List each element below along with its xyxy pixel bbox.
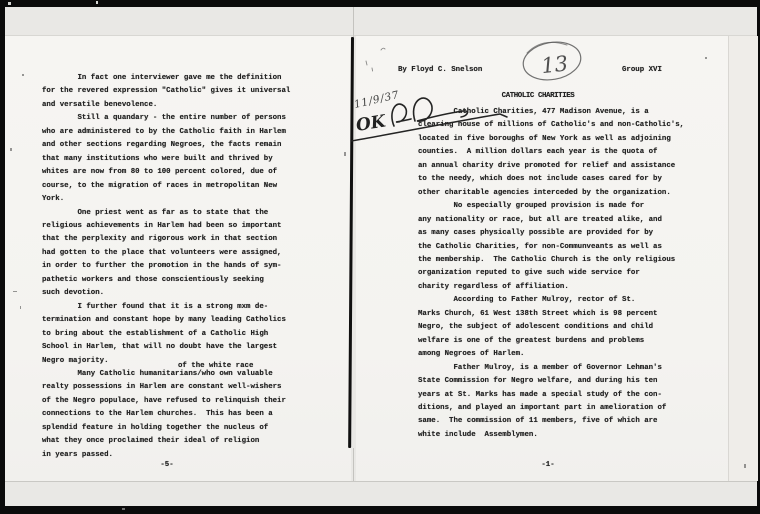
dust-speck [744, 464, 746, 468]
signature-stroke [392, 104, 411, 126]
dust-speck [13, 291, 17, 292]
film-edge-mark [96, 1, 98, 4]
signature-stroke [414, 98, 468, 121]
film-frame: In fact one interviewer gave me the defi… [0, 0, 760, 514]
circled-page-number: 13 [540, 51, 569, 78]
handwriting-overlay: 13 11/9/37 OK [0, 0, 760, 514]
dust-speck [20, 306, 21, 309]
dust-speck [705, 57, 707, 59]
dust-speck [10, 148, 12, 151]
film-edge-mark [8, 2, 11, 5]
dust-speck [344, 152, 346, 156]
stray-pen-marks [366, 48, 385, 71]
handwritten-ok: OK [355, 111, 389, 136]
film-edge-mark [122, 508, 125, 510]
dust-speck [22, 74, 24, 76]
